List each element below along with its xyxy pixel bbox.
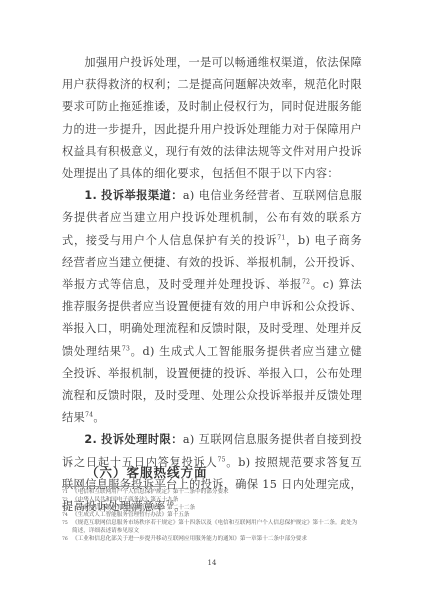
footnote-mark: 75 — [62, 520, 72, 528]
footnote: 72《中华人民共和国电子商务法》第五十九条 — [62, 497, 362, 505]
list-item-complaint-channels: 1. 投诉举报渠道：a) 电信业务经营者、互联网信息服务提供者应当建立用户投诉处… — [62, 185, 362, 429]
footnote: 71《电信和互联网用户个人信息保护规定》第十二条中的部分要求 — [62, 489, 362, 497]
footnote-text: 《生成式人工智能服务管理暂行办法》第十五条 — [72, 512, 189, 518]
intro-paragraph: 加强用户投诉处理，一是可以畅通维权渠道，依法保障用户获得救济的权利；二是提高问题… — [62, 52, 362, 185]
footnote-text: 《工业和信息化部关于进一步提升移动互联网应用服务能力的通知》第一章第十二条中部分… — [72, 536, 307, 542]
footnote-ref[interactable]: 75 — [217, 456, 225, 463]
list-item-number: 1. — [84, 189, 97, 202]
footnote-mark: 74 — [62, 512, 72, 520]
section-heading: （六）客服热线方面 — [86, 463, 208, 481]
footnote: 76《工业和信息化部关于进一步提升移动互联网应用服务能力的通知》第一章第十二条中… — [62, 536, 362, 544]
footnote-mark: 76 — [62, 536, 72, 544]
item-segment: 。 — [93, 411, 105, 424]
footnote-text: 《电信和互联网用户个人信息保护规定》第十二条中的部分要求 — [72, 489, 229, 495]
footnote-text: 《规范互联网信息服务市场秩序若干规定》第十四条以及《电信和互联网用户个人信息保护… — [72, 520, 357, 534]
footnote-mark: 73 — [62, 505, 72, 513]
list-item-title: 投诉举报渠道： — [101, 189, 183, 202]
document-page: 加强用户投诉处理，一是可以畅通维权渠道，依法保障用户获得救济的权利；二是提高问题… — [0, 0, 424, 600]
footnote: 75《规范互联网信息服务市场秩序若干规定》第十四条以及《电信和互联网用户个人信息… — [62, 520, 362, 536]
footnote-mark: 71 — [62, 489, 72, 497]
list-item-title: 投诉处理时限： — [101, 433, 183, 446]
footnote-mark: 72 — [62, 497, 72, 505]
footnote-text: 《中华人民共和国电子商务法》第五十九条 — [72, 497, 178, 503]
footnote-divider — [62, 486, 166, 487]
footnote-ref[interactable]: 73 — [122, 345, 130, 352]
page-number: 14 — [0, 559, 424, 567]
footnote-ref[interactable]: 71 — [277, 234, 285, 241]
list-item-number: 2. — [84, 433, 97, 446]
footnotes: 71《电信和互联网用户个人信息保护规定》第十二条中的部分要求 72《中华人民共和… — [62, 489, 362, 544]
footnote-text: 《互联网信息服务算法推荐管理规定》第二十二条 — [72, 505, 195, 511]
body-text: 加强用户投诉处理，一是可以畅通维权渠道，依法保障用户获得救济的权利；二是提高问题… — [62, 52, 362, 518]
